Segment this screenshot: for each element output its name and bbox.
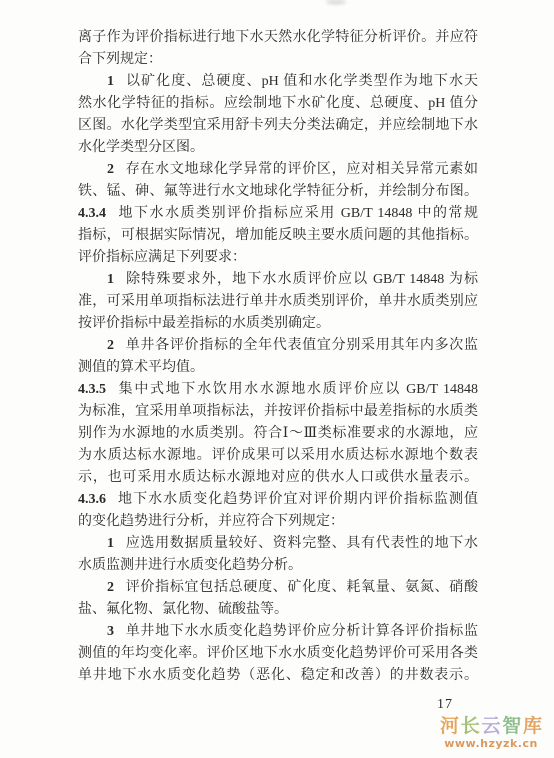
- text-line: 合下列规定：: [78, 49, 478, 71]
- watermark-char: 长: [461, 715, 480, 737]
- text-line: 区图。水化学类型宜采用舒卡列夫分类法确定，并应绘制地下水: [78, 115, 478, 137]
- watermark-char: 库: [523, 715, 542, 737]
- scan-artifact: [326, 0, 346, 5]
- clause-number: 3: [107, 624, 114, 639]
- clause-number: 1: [107, 74, 114, 89]
- text-line: 测值的年均变化率。评价区地下水水质变化趋势评价可采用各类: [78, 643, 478, 665]
- clause-number: 4.3.5: [78, 382, 106, 397]
- page-number: 17: [437, 697, 453, 713]
- text-line: 单井地下水水质变化趋势（恶化、稳定和改善）的井数表示。: [78, 665, 478, 687]
- clause-number: 1: [107, 272, 114, 287]
- clause-number: 4.3.6: [78, 492, 106, 507]
- clause-number: 2: [107, 162, 114, 177]
- watermark-brand: 河长云智库: [440, 715, 542, 737]
- text-line: 盐、氟化物、氯化物、硫酸盐等。: [78, 599, 478, 621]
- text-line: 为标准，宜采用单项指标法，并按评价指标中最差指标的水质类: [78, 401, 478, 423]
- text-line: 1应选用数据质量较好、资料完整、具有代表性的地下水: [78, 533, 478, 555]
- clause-number: 4.3.4: [78, 206, 106, 221]
- text-line: 4.3.6地下水水质变化趋势评价宜对评价期内评价指标监测值: [78, 489, 478, 511]
- text-line: 2存在水文地球化学异常的评价区，应对相关异常元素如: [78, 159, 478, 181]
- text-line: 水化学类型分区图。: [78, 137, 478, 159]
- text-line: 4.3.5集中式地下水饮用水水源地水质评价应以 GB/T 14848: [78, 379, 478, 401]
- text-line: 离子作为评价指标进行地下水天然水化学特征分析评价。并应符: [78, 27, 478, 49]
- text-line: 按评价指标中最差指标的水质类别确定。: [78, 313, 478, 335]
- text-line: 2评价指标宜包括总硬度、矿化度、耗氧量、氨氮、硝酸: [78, 577, 478, 599]
- watermark: 河长云智库 www.hzyzk.cn: [440, 715, 542, 750]
- text-line: 1除特殊要求外，地下水水质评价应以 GB/T 14848 为标: [78, 269, 478, 291]
- watermark-char: 云: [481, 715, 500, 737]
- text-line: 评价指标应满足下列要求：: [78, 247, 478, 269]
- clause-number: 1: [107, 536, 114, 551]
- text-line: 3单井地下水水质变化趋势评价应分析计算各评价指标监: [78, 621, 478, 643]
- text-line: 2单井各评价指标的全年代表值宜分别采用其年内多次监: [78, 335, 478, 357]
- watermark-url: www.hzyzk.cn: [440, 737, 542, 750]
- clause-number: 2: [107, 338, 114, 353]
- body-text: 离子作为评价指标进行地下水天然水化学特征分析评价。并应符合下列规定：1以矿化度、…: [78, 27, 478, 687]
- text-line: 铁、锰、砷、氟等进行水文地球化学特征分析，并绘制分布图。: [78, 181, 478, 203]
- text-line: 1以矿化度、总硬度、pH 值和水化学类型作为地下水天: [78, 71, 478, 93]
- text-line: 为水质达标水源地。评价成果可以采用水质达标水源地个数表: [78, 445, 478, 467]
- text-line: 准，可采用单项指标法进行单井水质类别评价，单井水质类别应: [78, 291, 478, 313]
- clause-number: 2: [107, 580, 114, 595]
- text-line: 然水化学特征的指标。应绘制地下水矿化度、总硬度、pH 值分: [78, 93, 478, 115]
- text-line: 水质监测井进行水质变化趋势分析。: [78, 555, 478, 577]
- text-line: 指标，可根据实际情况，增加能反映主要水质问题的其他指标。: [78, 225, 478, 247]
- watermark-char: 河: [440, 715, 459, 737]
- text-line: 示，也可采用水质达标水源地对应的供水人口或供水量表示。: [78, 467, 478, 489]
- text-line: 测值的算术平均值。: [78, 357, 478, 379]
- watermark-char: 智: [502, 715, 521, 737]
- text-line: 的变化趋势进行分析，并应符合下列规定：: [78, 511, 478, 533]
- text-line: 别作为水源地的水质类别。符合Ⅰ～Ⅲ类标准要求的水源地，应: [78, 423, 478, 445]
- text-line: 4.3.4地下水水质类别评价指标应采用 GB/T 14848 中的常规: [78, 203, 478, 225]
- document-page: 离子作为评价指标进行地下水天然水化学特征分析评价。并应符合下列规定：1以矿化度、…: [0, 0, 554, 758]
